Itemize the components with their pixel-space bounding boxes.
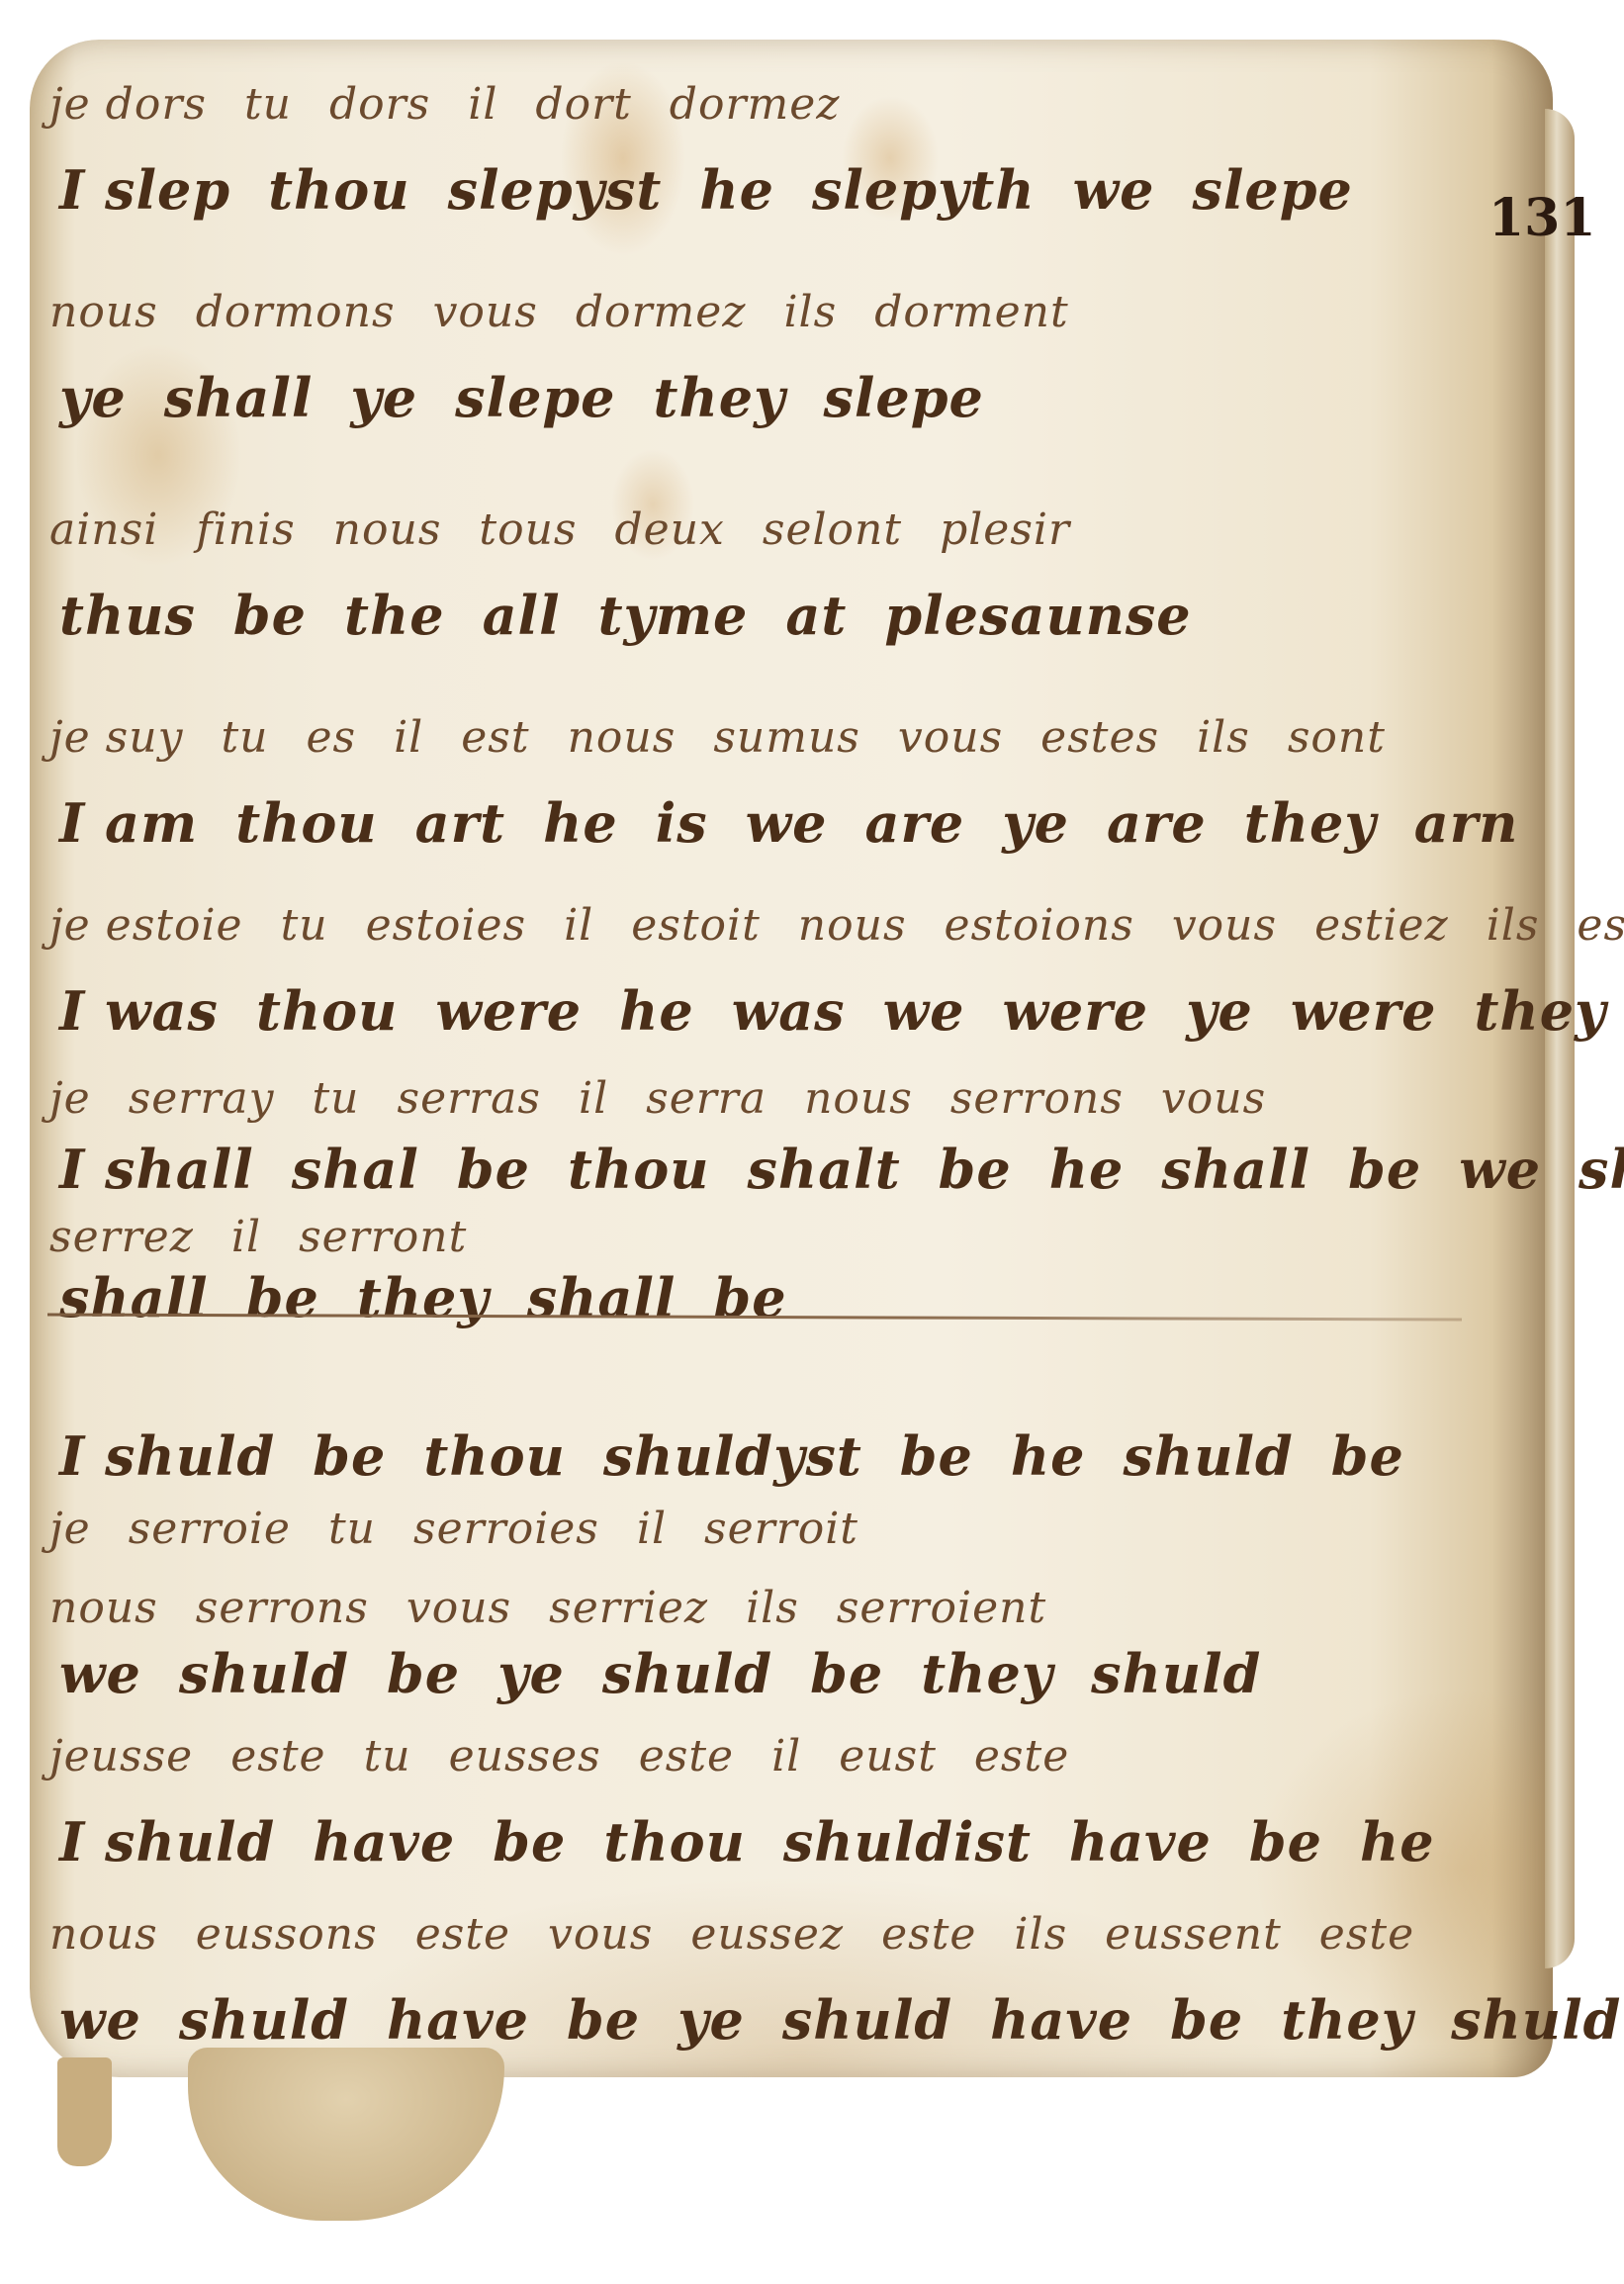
manuscript-line-en: shallbetheyshallbe: [59, 1266, 825, 1329]
manuscript-word: este: [230, 1731, 325, 1782]
manuscript-line-fr: serrezilserront: [49, 1212, 504, 1262]
manuscript-word: il: [637, 1504, 667, 1554]
manuscript-word: tu: [364, 1731, 411, 1782]
manuscript-word: dormez: [576, 287, 747, 337]
manuscript-word: thou: [268, 158, 409, 222]
manuscript-word: slepyst: [448, 158, 663, 222]
manuscript-word: serroie: [129, 1504, 291, 1554]
manuscript-line-fr: ainsifinisnoustousdeuxselontplesir: [49, 504, 1108, 555]
folio-number: 131: [1489, 188, 1596, 248]
manuscript-line-en: I shuldbethoushuldystbeheshuldbe: [59, 1424, 1442, 1488]
manuscript-word: serrons: [950, 1073, 1124, 1124]
manuscript-word: thus: [59, 584, 196, 647]
manuscript-word: thou: [256, 979, 398, 1043]
manuscript-word: eussez: [690, 1909, 844, 1960]
manuscript-line-en: I slepthouslepystheslepythweslepe: [59, 158, 1391, 222]
manuscript-word: jeusse: [49, 1731, 193, 1782]
manuscript-word: he: [543, 791, 618, 855]
manuscript-word: they: [654, 366, 786, 429]
manuscript-word: they: [1474, 979, 1606, 1043]
manuscript-word: nous: [568, 712, 677, 763]
manuscript-word: ye: [59, 366, 127, 429]
manuscript-word: es: [306, 712, 356, 763]
manuscript-word: serroit: [704, 1504, 858, 1554]
manuscript-word: were: [1002, 979, 1148, 1043]
manuscript-word: vous: [1161, 1073, 1266, 1124]
manuscript-word: vous: [898, 712, 1003, 763]
manuscript-word: estiez: [1314, 900, 1449, 951]
manuscript-word: shal: [292, 1138, 419, 1201]
manuscript-word: vous: [406, 1583, 511, 1633]
manuscript-word: este: [881, 1909, 976, 1960]
manuscript-line-fr: nousdormonsvousdormezilsdorment: [49, 287, 1107, 337]
manuscript-word: serront: [299, 1212, 467, 1262]
manuscript-word: have: [1069, 1810, 1212, 1873]
manuscript-word: je suy: [49, 712, 183, 763]
manuscript-word: slepe: [455, 366, 615, 429]
manuscript-word: dormons: [196, 287, 396, 337]
manuscript-word: dorment: [874, 287, 1068, 337]
manuscript-word: eussons: [196, 1909, 378, 1960]
manuscript-word: be: [313, 1424, 386, 1488]
manuscript-word: be: [457, 1138, 530, 1201]
manuscript-word: shall: [527, 1266, 677, 1329]
manuscript-word: dort: [535, 79, 631, 130]
manuscript-word: eussent: [1105, 1909, 1282, 1960]
manuscript-word: serroient: [837, 1583, 1046, 1633]
manuscript-word: nous: [49, 1583, 158, 1633]
manuscript-word: are: [1107, 791, 1207, 855]
manuscript-word: il: [579, 1073, 608, 1124]
manuscript-word: este: [415, 1909, 510, 1960]
manuscript-word: eusses: [449, 1731, 601, 1782]
manuscript-word: dors: [329, 79, 430, 130]
manuscript-word: estes: [1040, 712, 1159, 763]
manuscript-word: he: [699, 158, 774, 222]
manuscript-word: we: [59, 1988, 141, 2052]
manuscript-word: shall: [1161, 1138, 1310, 1201]
manuscript-word: este: [974, 1731, 1069, 1782]
manuscript-word: shuld: [1091, 1642, 1261, 1705]
manuscript-word: he: [1049, 1138, 1125, 1201]
manuscript-word: be: [233, 584, 307, 647]
manuscript-word: we: [59, 1642, 141, 1705]
manuscript-word: il: [771, 1731, 801, 1782]
manuscript-word: shuld: [1451, 1988, 1621, 2052]
torn-tab-bottom: [188, 2048, 504, 2221]
manuscript-word: je estoie: [49, 900, 243, 951]
manuscript-word: ils: [746, 1583, 799, 1633]
manuscript-word: tyme: [598, 584, 749, 647]
manuscript-word: were: [435, 979, 582, 1043]
manuscript-word: vous: [1172, 900, 1277, 951]
manuscript-line-fr: nouseussonsestevouseussezesteilseussente…: [49, 1909, 1452, 1960]
manuscript-word: este: [1319, 1909, 1414, 1960]
manuscript-line-en: I shuldhavebethoushuldisthavebehe: [59, 1810, 1473, 1873]
manuscript-word: serra: [646, 1073, 767, 1124]
manuscript-word: were: [1291, 979, 1437, 1043]
manuscript-word: have: [387, 1988, 529, 2052]
manuscript-word: shuldist: [783, 1810, 1032, 1873]
manuscript-word: tu: [244, 79, 292, 130]
manuscript-word: he: [1011, 1424, 1086, 1488]
manuscript-line-en: weshuldhavebeyeshuldhavebetheyshuldhaveb…: [59, 1988, 1624, 2052]
manuscript-word: nous: [804, 1073, 913, 1124]
manuscript-word: ye: [497, 1642, 565, 1705]
manuscript-word: il: [231, 1212, 261, 1262]
manuscript-word: nous: [333, 504, 442, 555]
manuscript-word: serras: [398, 1073, 542, 1124]
manuscript-word: finis: [196, 504, 295, 555]
manuscript-word: we: [1073, 158, 1155, 222]
manuscript-word: ye: [1186, 979, 1253, 1043]
manuscript-word: thou: [603, 1810, 745, 1873]
manuscript-word: thou: [423, 1424, 565, 1488]
manuscript-word: be: [939, 1138, 1012, 1201]
manuscript-line-en: I wasthouwerehewaswewereyeweretheywere: [59, 979, 1624, 1043]
manuscript-word: serrons: [196, 1583, 369, 1633]
manuscript-word: serray: [129, 1073, 275, 1124]
manuscript-word: be: [1249, 1810, 1322, 1873]
manuscript-word: serroies: [413, 1504, 599, 1554]
manuscript-word: shuld: [782, 1988, 952, 2052]
manuscript-word: be: [900, 1424, 973, 1488]
manuscript-word: serriez: [549, 1583, 708, 1633]
manuscript-word: slepe: [823, 366, 983, 429]
manuscript-word: estoit: [631, 900, 761, 951]
manuscript-word: dormez: [670, 79, 841, 130]
manuscript-line-fr: je estoietuestoiesilestoitnousestoionsvo…: [49, 900, 1624, 951]
manuscript-word: they: [1281, 1988, 1413, 2052]
manuscript-word: tu: [328, 1504, 376, 1554]
manuscript-word: I shall: [59, 1138, 254, 1201]
manuscript-word: je: [49, 1504, 91, 1554]
manuscript-word: shall: [164, 366, 314, 429]
manuscript-word: ils: [783, 287, 837, 337]
manuscript-word: tous: [479, 504, 577, 555]
manuscript-word: ye: [350, 366, 417, 429]
torn-tab-left: [57, 2057, 112, 2166]
manuscript-word: selont: [763, 504, 902, 555]
manuscript-word: eust: [839, 1731, 937, 1782]
manuscript-word: ils: [1014, 1909, 1067, 1960]
manuscript-word: plesaunse: [884, 584, 1191, 647]
manuscript-word: I shuld: [59, 1810, 275, 1873]
manuscript-word: tu: [221, 712, 268, 763]
manuscript-word: be: [246, 1266, 319, 1329]
manuscript-word: shuldyst: [603, 1424, 862, 1488]
manuscript-word: estoies: [366, 900, 526, 951]
manuscript-word: tu: [281, 900, 328, 951]
manuscript-word: este: [639, 1731, 734, 1782]
manuscript-line-fr: je suytuesilestnoussumusvousestesilssont: [49, 712, 1423, 763]
manuscript-word: we: [1459, 1138, 1541, 1201]
manuscript-word: nous: [798, 900, 907, 951]
manuscript-word: est: [461, 712, 529, 763]
manuscript-word: shuld: [179, 1988, 349, 2052]
manuscript-word: slepyth: [812, 158, 1036, 222]
manuscript-word: have: [313, 1810, 455, 1873]
manuscript-word: nous: [49, 1909, 158, 1960]
manuscript-word: il: [564, 900, 593, 951]
manuscript-word: ainsi: [49, 504, 158, 555]
manuscript-word: vous: [548, 1909, 653, 1960]
manuscript-word: be: [713, 1266, 786, 1329]
manuscript-word: we: [746, 791, 828, 855]
manuscript-word: they: [357, 1266, 490, 1329]
manuscript-word: shall: [59, 1266, 209, 1329]
manuscript-word: vous: [433, 287, 538, 337]
manuscript-word: shuld: [602, 1642, 772, 1705]
manuscript-word: they: [921, 1642, 1053, 1705]
manuscript-word: be: [810, 1642, 883, 1705]
manuscript-line-en: I amthouartheisweareyearetheyarn: [59, 791, 1556, 855]
manuscript-word: estoions: [945, 900, 1134, 951]
manuscript-line-en: thusbethealltymeatplesaunse: [59, 584, 1229, 647]
manuscript-word: was: [732, 979, 846, 1043]
manuscript-word: be: [493, 1810, 566, 1873]
manuscript-word: arn: [1414, 791, 1519, 855]
manuscript-word: nous: [49, 287, 158, 337]
manuscript-word: be: [1348, 1138, 1421, 1201]
manuscript-word: ils: [1197, 712, 1250, 763]
manuscript-word: are: [864, 791, 964, 855]
manuscript-word: estoient: [1577, 900, 1624, 951]
manuscript-word: il: [468, 79, 497, 130]
manuscript-word: shall: [1579, 1138, 1624, 1201]
manuscript-word: they: [1244, 791, 1377, 855]
manuscript-word: shuld: [179, 1642, 349, 1705]
manuscript-line-en: weshuldbeyeshuldbetheyshuld: [59, 1642, 1299, 1705]
manuscript-word: all: [483, 584, 561, 647]
manuscript-line-fr: jeserraytuserrasilserranousserronsvous: [49, 1073, 1304, 1124]
manuscript-word: he: [1360, 1810, 1435, 1873]
manuscript-word: shuld: [1124, 1424, 1294, 1488]
manuscript-word: slepe: [1192, 158, 1352, 222]
manuscript-word: I shuld: [59, 1424, 275, 1488]
manuscript-line-fr: nousserronsvousserriezilsserroient: [49, 1583, 1084, 1633]
manuscript-line-fr: jeserroietuserroiesilserroit: [49, 1504, 896, 1554]
manuscript-word: we: [883, 979, 965, 1043]
manuscript-word: je: [49, 1073, 91, 1124]
manuscript-word: be: [567, 1988, 640, 2052]
manuscript-word: sont: [1288, 712, 1386, 763]
manuscript-word: thou: [235, 791, 377, 855]
manuscript-line-fr: jeusseestetueussesesteileusteste: [49, 1731, 1107, 1782]
manuscript-word: be: [387, 1642, 460, 1705]
manuscript-word: art: [415, 791, 505, 855]
manuscript-word: sumus: [713, 712, 860, 763]
manuscript-line-fr: je dorstudorsildortdormez: [49, 79, 877, 130]
manuscript-word: is: [656, 791, 708, 855]
manuscript-word: be: [1331, 1424, 1404, 1488]
manuscript-word: je dors: [49, 79, 207, 130]
manuscript-word: ye: [1002, 791, 1069, 855]
manuscript-word: have: [990, 1988, 1132, 2052]
manuscript-word: I slep: [59, 158, 230, 222]
manuscript-word: il: [394, 712, 423, 763]
manuscript-word: tu: [312, 1073, 359, 1124]
manuscript-word: the: [344, 584, 445, 647]
manuscript-word: ils: [1487, 900, 1540, 951]
manuscript-word: I was: [59, 979, 219, 1043]
manuscript-line-en: I shallshalbethoushaltbeheshallbeweshall…: [59, 1138, 1624, 1201]
manuscript-word: I am: [59, 791, 198, 855]
manuscript-leaf: 131 je dorstudorsildortdormezI slepthous…: [30, 40, 1553, 2077]
manuscript-word: deux: [615, 504, 725, 555]
manuscript-word: shalt: [748, 1138, 901, 1201]
manuscript-line-en: yeshallyeslepetheyslepe: [59, 366, 1022, 429]
manuscript-word: he: [619, 979, 694, 1043]
manuscript-word: plesir: [940, 504, 1070, 555]
manuscript-word: at: [785, 584, 847, 647]
manuscript-word: ye: [677, 1988, 745, 2052]
manuscript-word: serrez: [49, 1212, 194, 1262]
manuscript-word: be: [1170, 1988, 1243, 2052]
manuscript-word: thou: [568, 1138, 709, 1201]
